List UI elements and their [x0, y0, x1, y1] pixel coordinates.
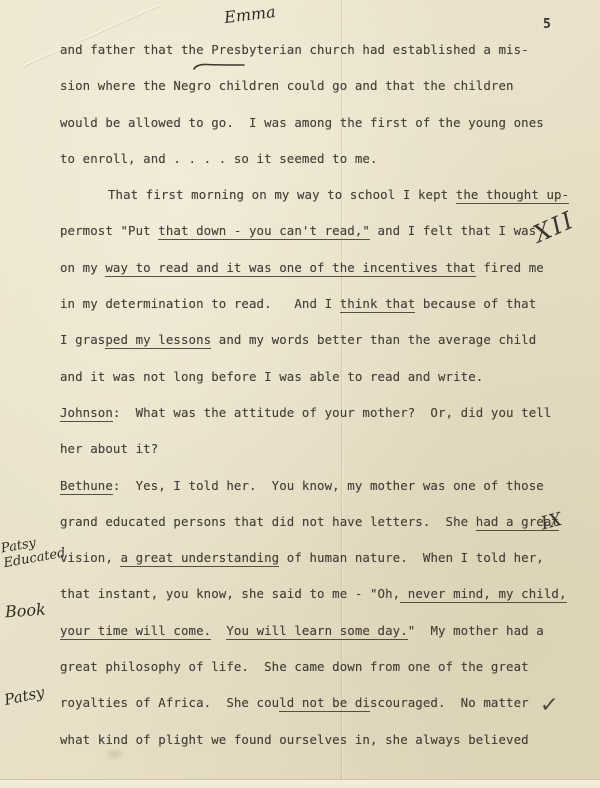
- typed-text: permost "Put: [60, 223, 158, 238]
- handwritten-note-patsy-educated: Patsy Educated: [0, 531, 67, 571]
- typed-line: That first morning on my way to school I…: [60, 187, 560, 223]
- typed-text: to enroll, and . . . . so it seemed to m…: [60, 151, 378, 166]
- underlined-text: your time will come.: [60, 623, 211, 640]
- typed-text: " My mother had a: [408, 623, 544, 638]
- handwritten-note-book: Book: [4, 600, 46, 622]
- typed-text: and my words better than the average chi…: [211, 332, 536, 347]
- paper-bottom-edge: [0, 779, 600, 788]
- underlined-text: think that: [340, 296, 416, 313]
- typed-text: scouraged. No matter: [370, 695, 529, 710]
- underlined-text: ld not be di: [279, 695, 370, 712]
- typed-text: what kind of plight we found ourselves i…: [60, 732, 529, 747]
- document-page: Emma 5 and father that the Presbyterian …: [0, 0, 600, 779]
- typed-line: Bethune: Yes, I told her. You know, my m…: [60, 478, 560, 514]
- typed-text: of human nature. When I told her,: [279, 550, 544, 565]
- typed-line: sion where the Negro children could go a…: [60, 78, 560, 114]
- typed-text: on my: [60, 260, 105, 275]
- typed-line: and father that the Presbyterian church …: [60, 42, 560, 78]
- typed-line: to enroll, and . . . . so it seemed to m…: [60, 151, 560, 187]
- underlined-text: ped my lessons: [105, 332, 211, 349]
- typed-text: [211, 623, 226, 638]
- handwritten-underline-mark: [191, 60, 247, 72]
- typed-text: great philosophy of life. She came down …: [60, 659, 529, 674]
- typed-line: vision, a great understanding of human n…: [60, 550, 560, 586]
- typed-text: and it was not long before I was able to…: [60, 369, 483, 384]
- typed-line: I grasped my lessons and my words better…: [60, 332, 560, 368]
- typed-line: great philosophy of life. She came down …: [60, 659, 560, 695]
- typed-text: because of that: [415, 296, 536, 311]
- underlined-text: way to read and it was one of the incent…: [105, 260, 475, 277]
- page-number: 5: [543, 17, 552, 32]
- typed-text: : What was the attitude of your mother? …: [113, 405, 551, 420]
- typed-text: that instant, you know, she said to me -…: [60, 586, 400, 601]
- underlined-text: Bethune: [60, 478, 113, 495]
- typed-text: royalties of Africa. She cou: [60, 695, 279, 710]
- typed-text: in my determination to read. And I: [60, 296, 340, 311]
- typed-text: would be allowed to go. I was among the …: [60, 115, 544, 130]
- typed-text: and I felt that I was: [370, 223, 536, 238]
- typed-line: what kind of plight we found ourselves i…: [60, 732, 560, 768]
- typed-line: and it was not long before I was able to…: [60, 369, 560, 405]
- typed-line: your time will come. You will learn some…: [60, 623, 560, 659]
- typed-line: on my way to read and it was one of the …: [60, 260, 560, 296]
- underlined-text: that down - you can't read,": [158, 223, 370, 240]
- typed-line: in my determination to read. And I think…: [60, 296, 560, 332]
- typed-text: sion where the Negro children could go a…: [60, 78, 514, 93]
- handwritten-checkmark: ✓: [539, 693, 559, 719]
- typed-text: grand educated persons that did not have…: [60, 514, 476, 529]
- handwritten-note-emma: Emma: [223, 2, 276, 27]
- underlined-text: a great understanding: [120, 550, 279, 567]
- typed-line: permost "Put that down - you can't read,…: [60, 223, 560, 259]
- handwritten-note-patsy: Patsy: [3, 683, 46, 709]
- typed-text: fired me: [476, 260, 544, 275]
- typed-line: that instant, you know, she said to me -…: [60, 586, 560, 622]
- typed-text: : Yes, I told her. You know, my mother w…: [113, 478, 544, 493]
- underlined-text: Johnson: [60, 405, 113, 422]
- typed-text-block: and father that the Presbyterian church …: [60, 42, 560, 768]
- typed-text: I gras: [60, 332, 105, 347]
- typed-text: and father that the Presbyterian church …: [60, 42, 529, 57]
- typed-line: her about it?: [60, 441, 560, 477]
- typed-text: That first morning on my way to school I…: [108, 187, 456, 202]
- typed-line: Johnson: What was the attitude of your m…: [60, 405, 560, 441]
- underlined-text: the thought up-: [456, 187, 569, 204]
- typed-line: grand educated persons that did not have…: [60, 514, 560, 550]
- underlined-text: never mind, my child,: [400, 586, 566, 603]
- typed-line: royalties of Africa. She could not be di…: [60, 695, 560, 731]
- underlined-text: You will learn some day.: [226, 623, 407, 640]
- typed-line: would be allowed to go. I was among the …: [60, 115, 560, 151]
- typed-text: vision,: [60, 550, 120, 565]
- handwritten-note-roman-ix: IX: [539, 509, 565, 535]
- typed-text: her about it?: [60, 441, 158, 456]
